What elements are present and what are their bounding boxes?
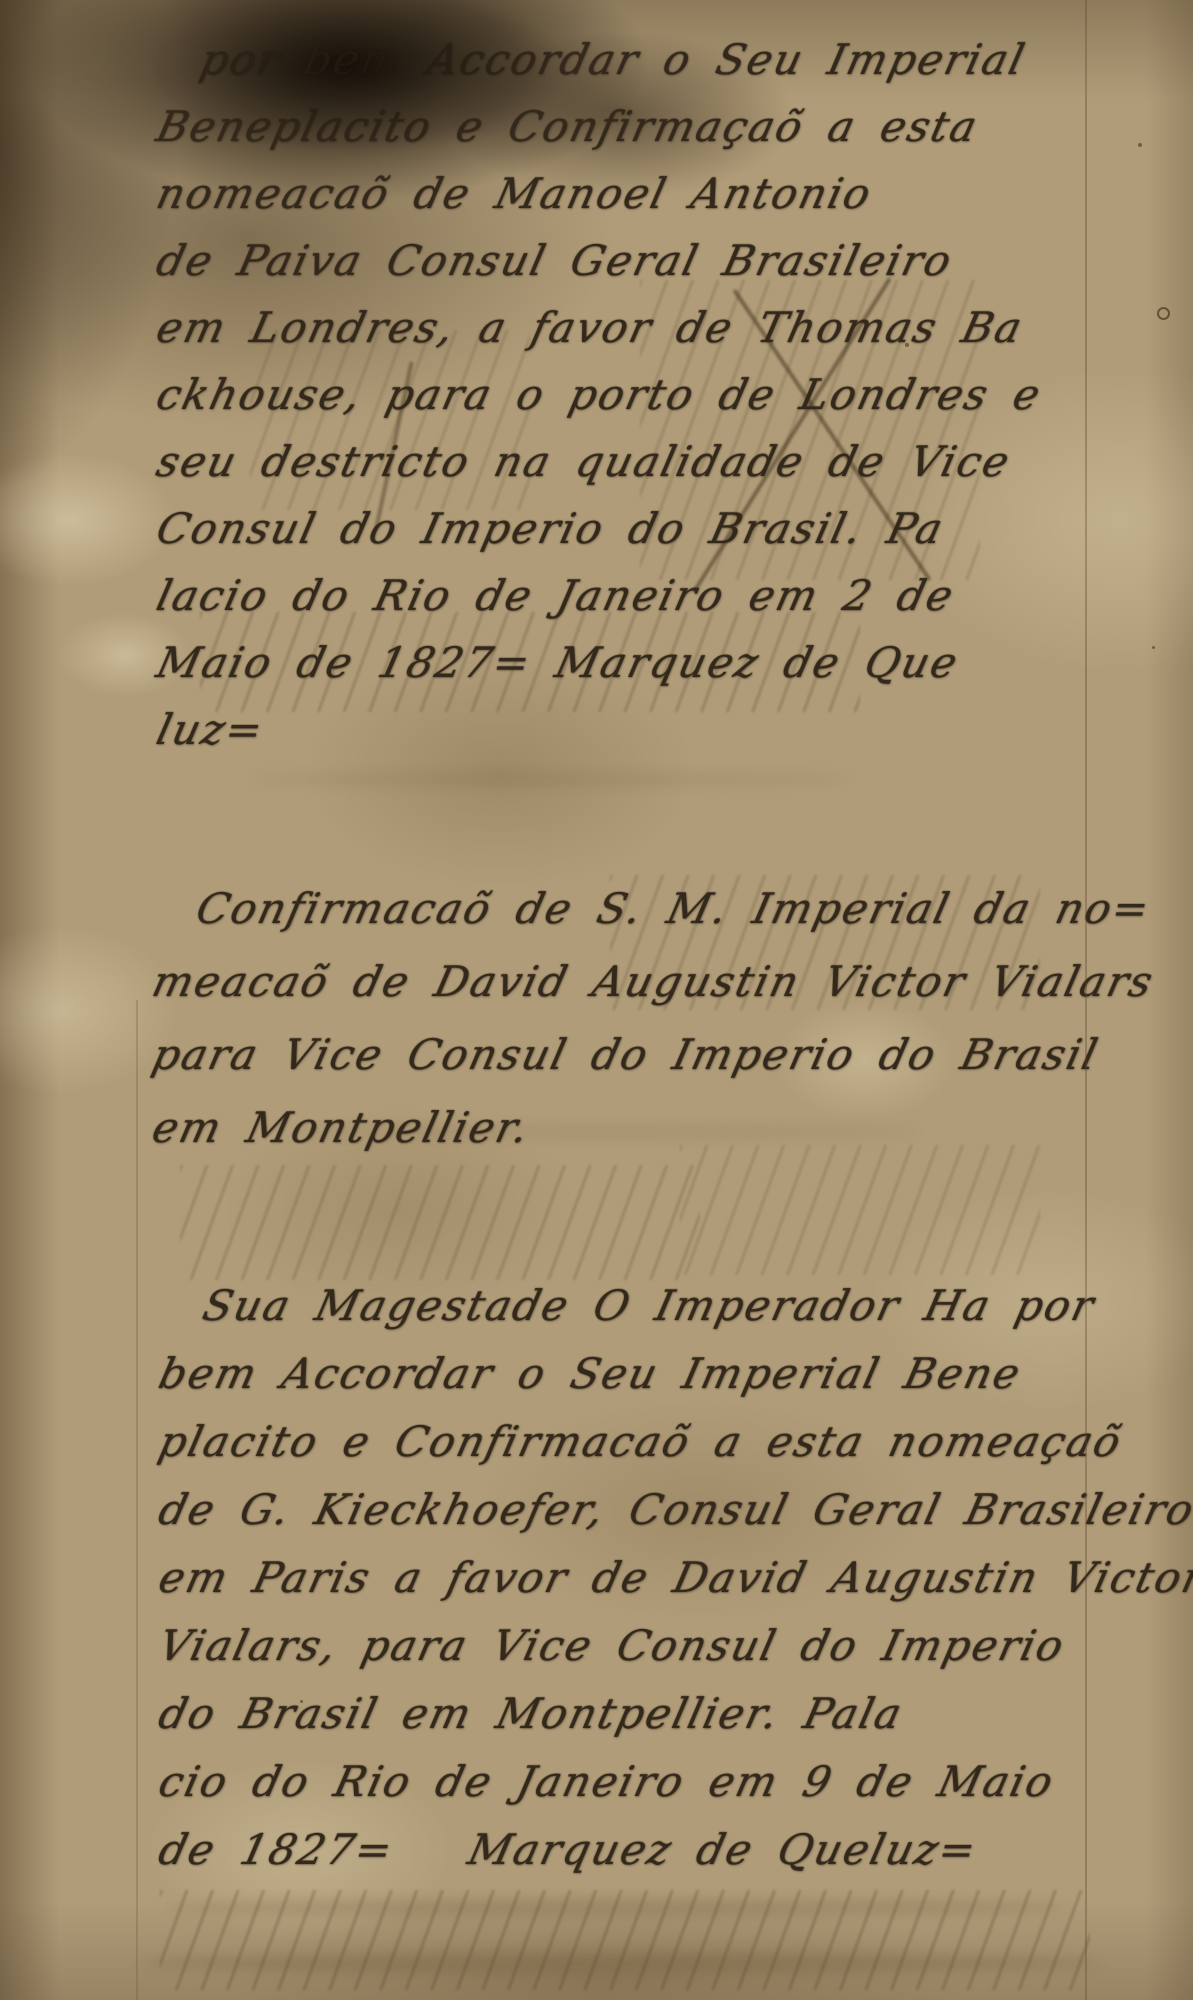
manuscript-line: ckhouse, para o porto de Londres e — [150, 361, 1145, 428]
bleedthrough-band — [170, 1898, 1070, 1916]
manuscript-line: por bem Accordar o Seu Imperial — [150, 26, 1145, 93]
manuscript-line: cio do Rio de Janeiro em 9 de Maio — [152, 1748, 1148, 1816]
manuscript-line: de 1827= Marquez de Queluz= — [152, 1816, 1148, 1884]
bleedthrough-hatch — [680, 1145, 1040, 1275]
manuscript-line: seu destricto na qualidade de Vice — [150, 428, 1145, 495]
manuscript-line: em Paris a favor de David Augustin Victo… — [152, 1544, 1148, 1612]
manuscript-line: Maio de 1827= Marquez de Que — [150, 629, 1145, 696]
margin-fold-line — [136, 1000, 138, 2000]
manuscript-line: de G. Kieckhoefer, Consul Geral Brasilei… — [152, 1476, 1148, 1544]
manuscript-line: placito e Confirmacaõ a esta nomeaçaõ — [152, 1408, 1148, 1476]
manuscript-line: em Londres, a favor de Thomas Ba — [150, 294, 1145, 361]
manuscript-line: meacaõ de David Augustin Victor Vialars — [145, 945, 1142, 1018]
ring-mark — [1157, 307, 1170, 320]
paragraph-1: por bem Accordar o Seu Imperial Beneplac… — [150, 26, 1130, 763]
bleedthrough-band — [140, 1952, 1100, 1974]
manuscript-line: bem Accordar o Seu Imperial Bene — [152, 1340, 1148, 1408]
manuscript-line: em Montpellier. — [145, 1091, 1142, 1164]
paper-speck — [905, 343, 909, 347]
paragraph-3: Sua Magestade O Imperador Ha por bem Acc… — [152, 1272, 1132, 1884]
manuscript-line: do Brasil em Montpellier. Pala — [152, 1680, 1148, 1748]
paper-speck — [1152, 646, 1155, 649]
paragraph-2: Confirmacaõ de S. M. Imperial da no= mea… — [145, 872, 1125, 1164]
paper-speck — [1138, 143, 1142, 147]
paper-speck — [300, 1700, 303, 1703]
manuscript-line: nomeacaõ de Manoel Antonio — [150, 160, 1145, 227]
manuscript-line: lacio do Rio de Janeiro em 2 de — [150, 562, 1145, 629]
page-fold-line — [1085, 0, 1087, 2000]
manuscript-line: Consul do Imperio do Brasil. Pa — [150, 495, 1145, 562]
bleedthrough-hatch — [180, 1165, 700, 1280]
manuscript-page: por bem Accordar o Seu Imperial Beneplac… — [0, 0, 1193, 2000]
manuscript-line: Vialars, para Vice Consul do Imperio — [152, 1612, 1148, 1680]
manuscript-line: Confirmacaõ de S. M. Imperial da no= — [145, 872, 1142, 945]
manuscript-line: Sua Magestade O Imperador Ha por — [152, 1272, 1148, 1340]
bleedthrough-band — [250, 772, 850, 786]
manuscript-line: luz= — [150, 696, 1145, 763]
manuscript-line: para Vice Consul do Imperio do Brasil — [145, 1018, 1142, 1091]
manuscript-line: de Paiva Consul Geral Brasileiro — [150, 227, 1145, 294]
manuscript-line: Beneplacito e Confirmaçaõ a esta — [150, 93, 1145, 160]
